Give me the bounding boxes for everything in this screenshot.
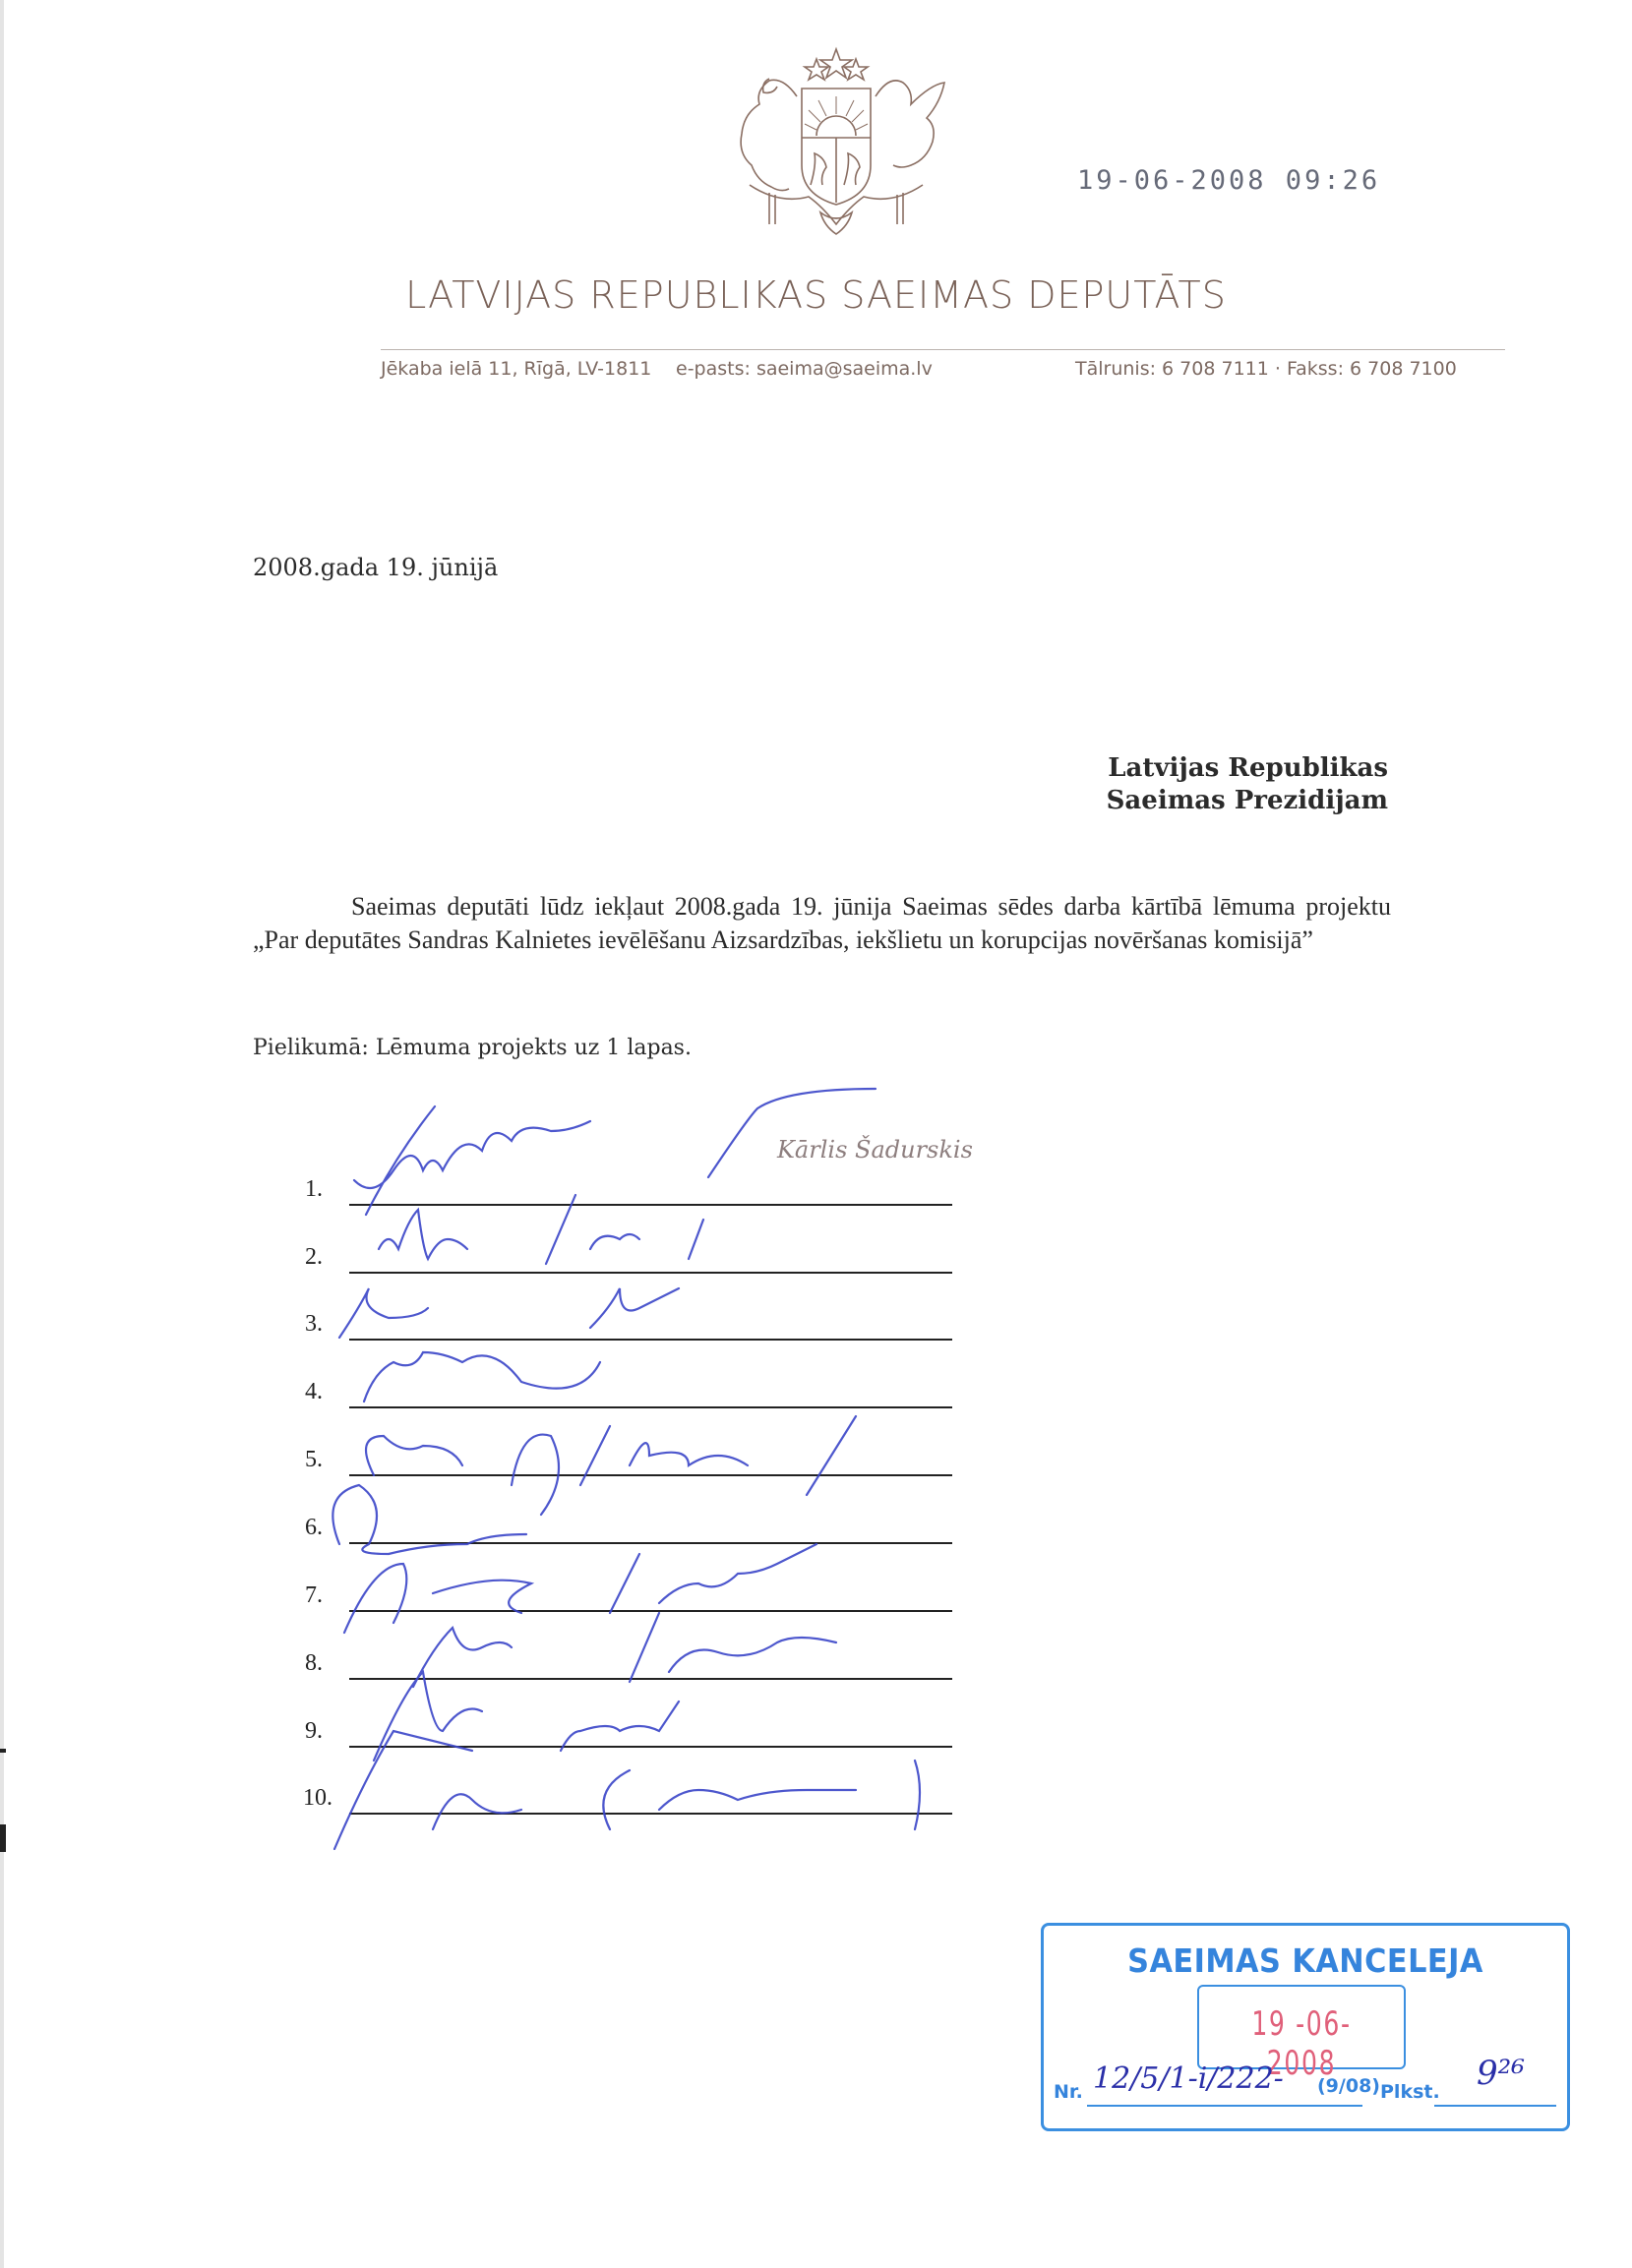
signature-number: 5. xyxy=(305,1447,323,1473)
scan-edge xyxy=(0,0,4,2268)
letterhead-address: Jēkaba ielā 11, Rīgā, LV-1811 xyxy=(381,358,651,380)
registry-time-line xyxy=(1434,2105,1556,2107)
recipient-block: Latvijas Republikas Saeimas Prezidijam xyxy=(984,752,1388,817)
signature-line xyxy=(349,1339,952,1341)
received-timestamp: 19-06-2008 09:26 xyxy=(1077,165,1380,196)
signature-number: 7. xyxy=(305,1582,323,1609)
signature-number: 9. xyxy=(305,1718,323,1745)
signature-number: 8. xyxy=(305,1650,323,1677)
letter-date: 2008.gada 19. jūnijā xyxy=(253,554,498,581)
scan-edge-mark xyxy=(0,1749,6,1753)
registry-stamp: SAEIMAS KANCELEJA 19 -06- 2008 Nr. 12/5/… xyxy=(1041,1923,1570,2131)
signature-line xyxy=(349,1406,952,1408)
letter-body-paragraph: Saeimas deputāti lūdz iekļaut 2008.gada … xyxy=(253,890,1391,957)
signature-line xyxy=(349,1474,952,1476)
letterhead-email: e-pasts: saeima@saeima.lv xyxy=(676,358,933,380)
registry-nr-line xyxy=(1087,2105,1362,2107)
signature-line xyxy=(349,1813,952,1815)
scan-edge-mark xyxy=(0,1824,6,1852)
registry-nr-suffix: (9/08) xyxy=(1317,2075,1380,2097)
name-stamp: Kārlis Šadurskis xyxy=(777,1136,973,1164)
signature-number: 4. xyxy=(305,1379,323,1405)
attachment-note: Pielikumā: Lēmuma projekts uz 1 lapas. xyxy=(253,1036,692,1060)
letterhead-divider xyxy=(381,349,1505,350)
signature-line xyxy=(349,1678,952,1680)
coat-of-arms-icon xyxy=(710,28,962,249)
letter-body: Saeimas deputāti lūdz iekļaut 2008.gada … xyxy=(253,890,1391,957)
signature-number: 6. xyxy=(305,1515,323,1541)
registry-nr-label: Nr. xyxy=(1054,2081,1083,2103)
signature-line xyxy=(349,1204,952,1206)
signature-number: 2. xyxy=(305,1244,323,1271)
signature-line xyxy=(349,1542,952,1544)
signature-line xyxy=(349,1272,952,1274)
signature-number: 10. xyxy=(303,1785,332,1812)
registry-time-label: Plkst. xyxy=(1380,2081,1440,2103)
letterhead-phone-fax: Tālrunis: 6 708 7111 · Fakss: 6 708 7100 xyxy=(1075,358,1457,380)
signature-line xyxy=(349,1610,952,1612)
recipient-line-1: Latvijas Republikas xyxy=(984,752,1388,785)
letterhead-title: LATVIJAS REPUBLIKAS SAEIMAS DEPUTĀTS xyxy=(0,273,1632,317)
signature-line xyxy=(349,1746,952,1748)
registry-nr-value: 12/5/1-i/222- xyxy=(1093,2061,1284,2096)
signature-number: 1. xyxy=(305,1176,323,1203)
registry-stamp-title: SAEIMAS KANCELEJA xyxy=(1064,1941,1545,1980)
recipient-line-2: Saeimas Prezidijam xyxy=(984,785,1388,817)
registry-date-box: 19 -06- 2008 xyxy=(1197,1985,1406,2069)
registry-time-value: 9²⁶ xyxy=(1477,2054,1525,2093)
signature-number: 3. xyxy=(305,1311,323,1338)
